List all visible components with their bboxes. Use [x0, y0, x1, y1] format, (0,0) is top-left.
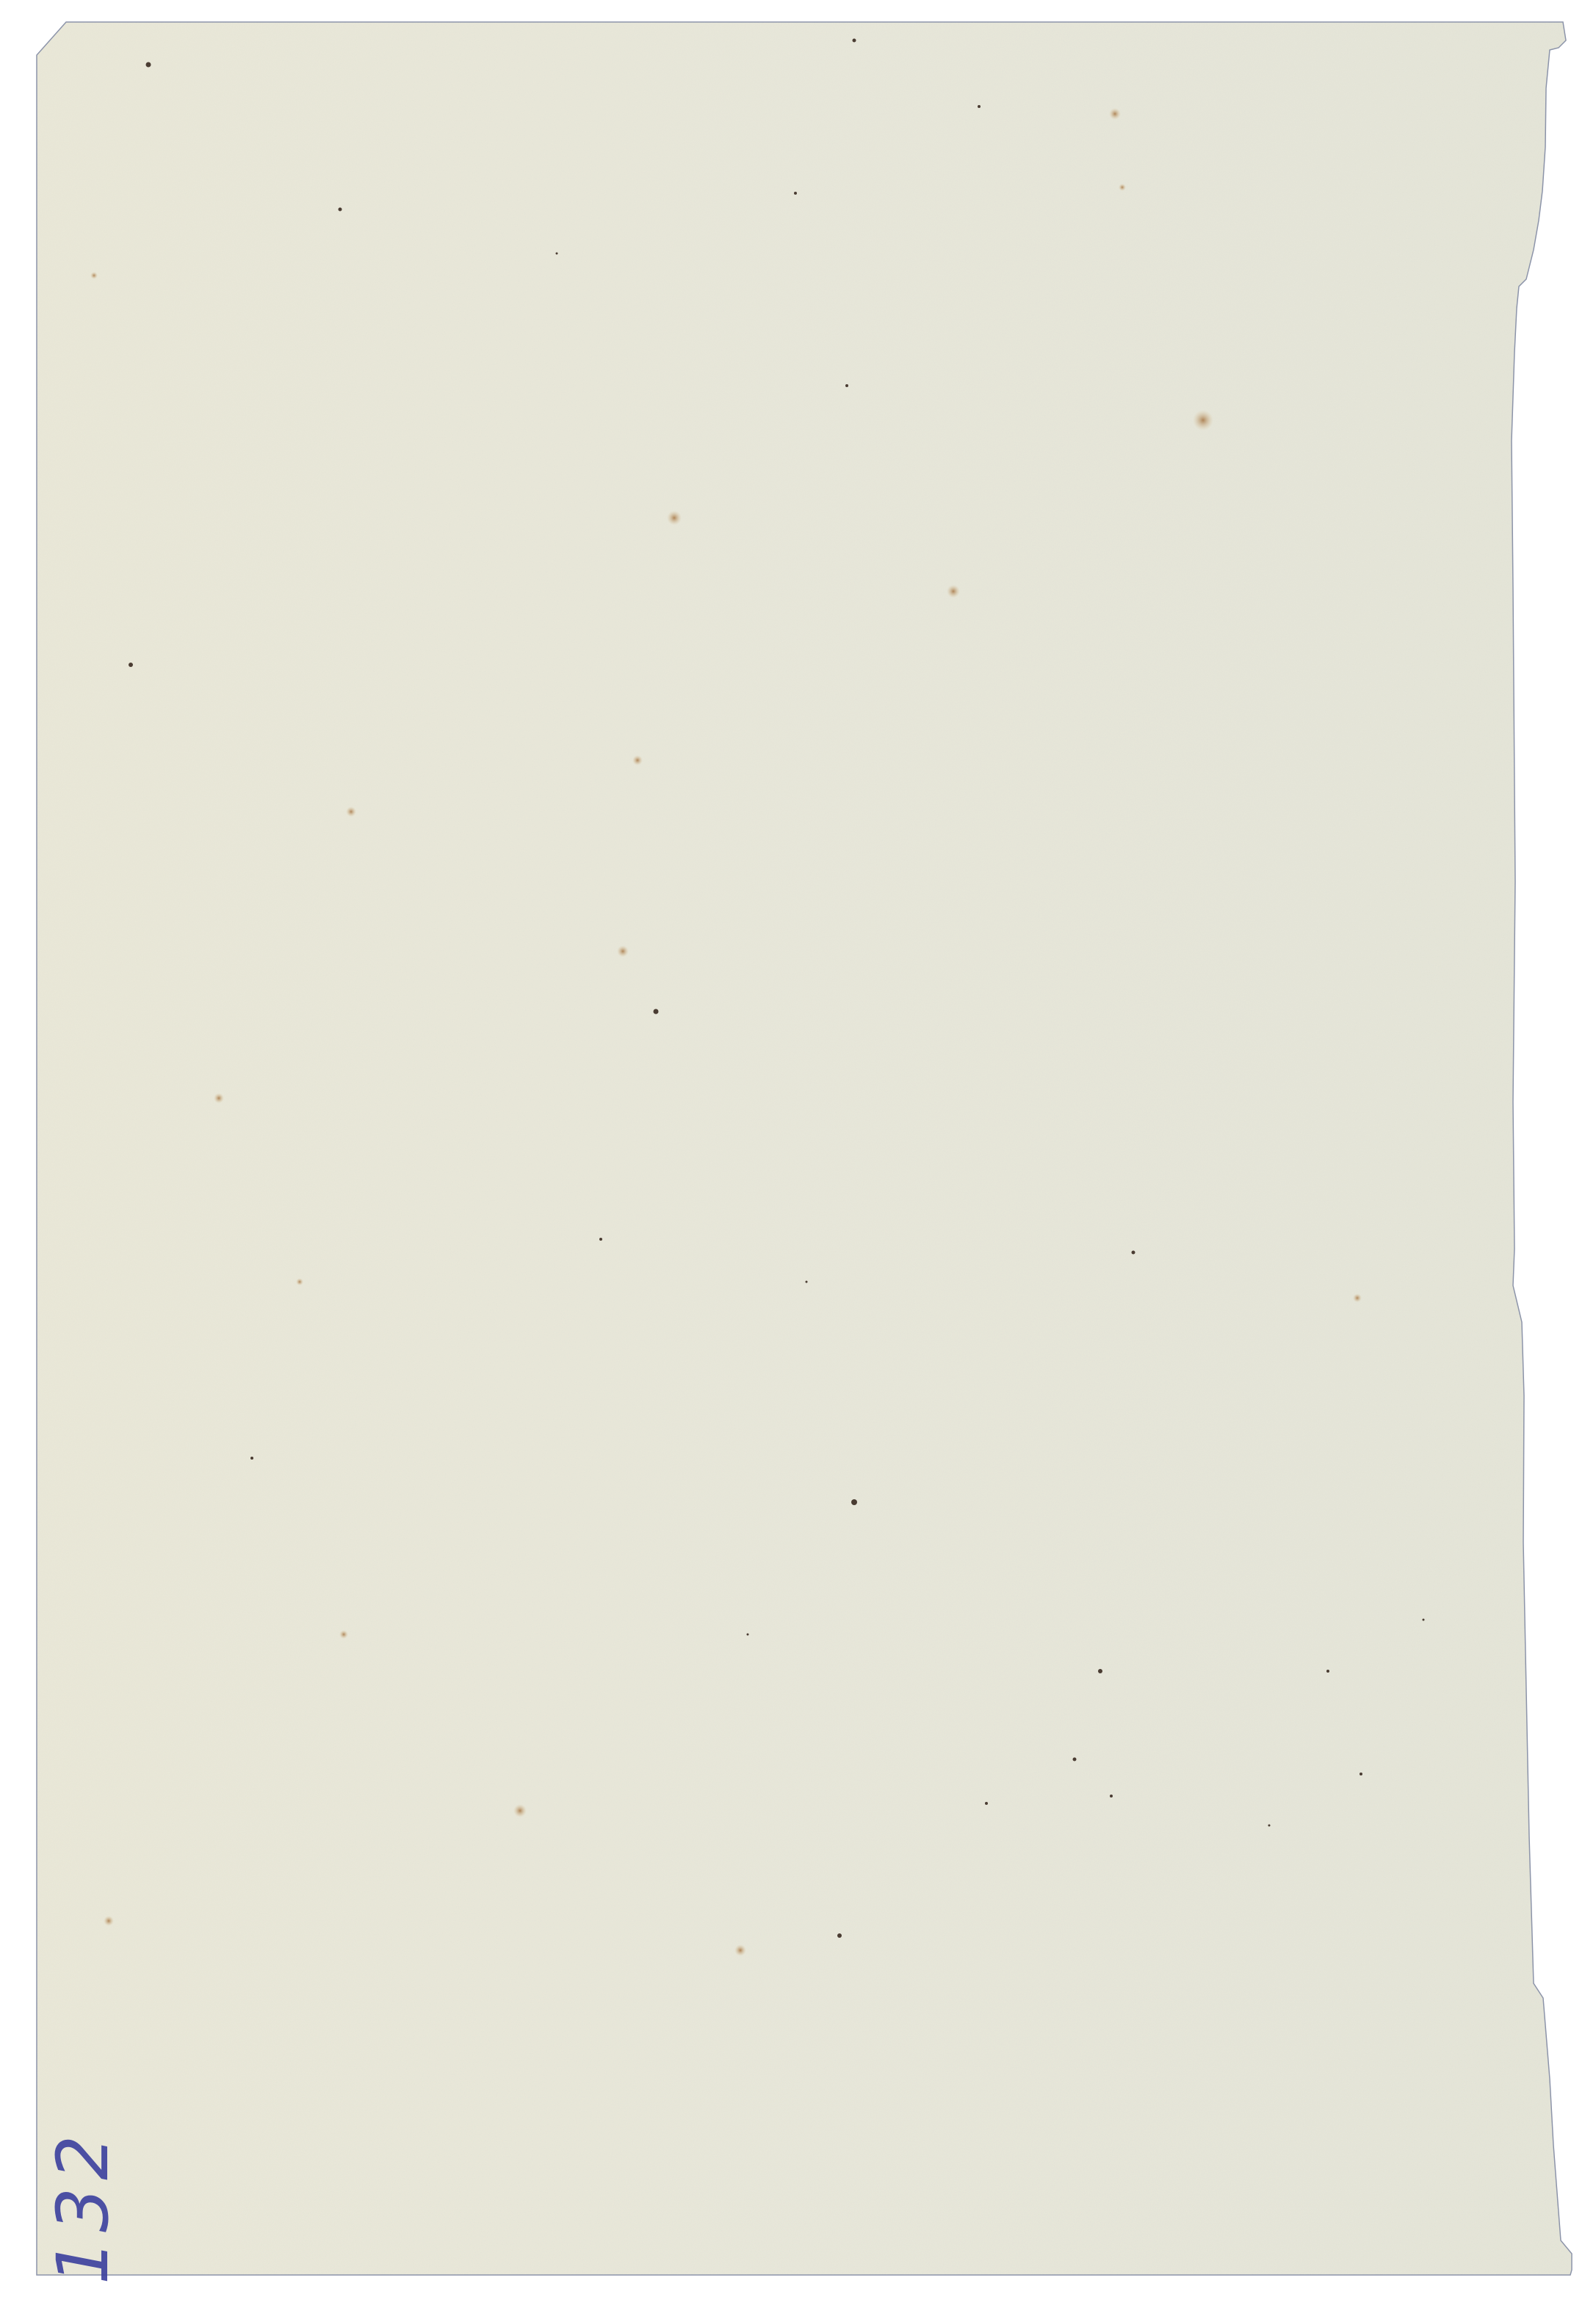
- scanned-page: 132: [0, 0, 1596, 2297]
- handwritten-page-number: 132: [43, 2138, 123, 2285]
- paper-sheet: [0, 0, 1596, 2297]
